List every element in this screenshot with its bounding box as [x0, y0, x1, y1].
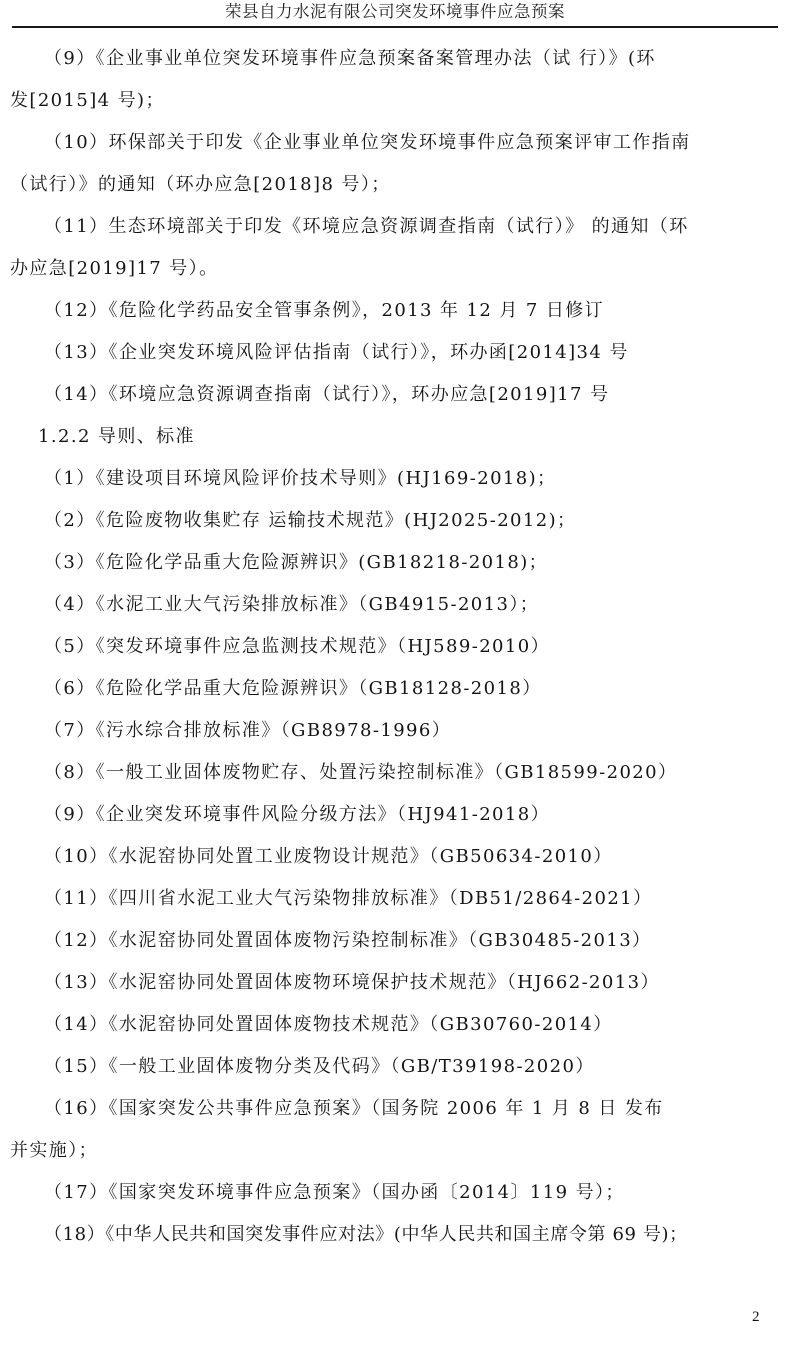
law-item-10-line-1: （10）环保部关于印发《企业事业单位突发环境事件应急预案评审工作指南 [44, 131, 691, 155]
law-item-10-line-2: （试行）》的通知（环办应急[2018]8 号）； [10, 173, 391, 197]
standard-item-4: （4）《水泥工业大气污染排放标准》（GB4915-2013）； [44, 593, 539, 617]
law-item-9-line-2: 发[2015]4 号)； [10, 89, 165, 113]
standard-item-10: （10）《水泥窑协同处置工业废物设计规范》（GB50634-2010） [44, 845, 613, 869]
standard-item-6: （6）《危险化学品重大危险源辨识》（GB18128-2018） [44, 677, 542, 701]
standard-item-16-line-2: 并实施）； [10, 1139, 98, 1163]
standard-item-15: （15）《一般工业固体废物分类及代码》（GB/T39198-2020） [44, 1055, 595, 1079]
law-item-11-line-2: 办应急[2019]17 号）。 [10, 257, 218, 281]
standard-item-9: （9）《企业突发环境事件风险分级方法》（HJ941-2018） [44, 803, 550, 827]
document-title: 荣县自力水泥有限公司突发环境事件应急预案 [225, 2, 565, 21]
standard-item-16-line-1: （16）《国家突发公共事件应急预案》（国务院 2006 年 1 月 8 日 发布 [44, 1097, 664, 1121]
standard-item-14: （14）《水泥窑协同处置固体废物技术规范》（GB30760-2014） [44, 1013, 613, 1037]
law-item-14: （14）《环境应急资源调查指南（试行）》，环办应急[2019]17 号 [44, 383, 609, 407]
standard-item-17: （17）《国家突发环境事件应急预案》（国办函〔2014〕119 号）； [44, 1181, 625, 1205]
law-item-11-line-1: （11）生态环境部关于印发《环境应急资源调查指南（试行）》 的通知（环 [44, 215, 689, 239]
standard-item-1: （1）《建设项目环境风险评价技术导则》(HJ169-2018)； [44, 467, 556, 491]
standard-item-12: （12）《水泥窑协同处置固体废物污染控制标准》（GB30485-2013） [44, 929, 651, 953]
section-heading: 1.2.2 导则、标准 [38, 425, 195, 449]
standard-item-3: （3）《危险化学品重大危险源辨识》(GB18218-2018)； [44, 551, 548, 575]
standard-item-18: （18）《中华人民共和国突发事件应对法》(中华人民共和国主席令第 69 号)； [44, 1223, 688, 1247]
standard-item-7: （7）《污水综合排放标准》（GB8978-1996） [44, 719, 451, 743]
law-item-12: （12）《危险化学药品安全管事条例》，2013 年 12 月 7 日修订 [44, 299, 604, 323]
law-item-13: （13）《企业突发环境风险评估指南（试行）》，环办函[2014]34 号 [44, 341, 629, 365]
law-item-9-line-1: （9）《企业事业单位突发环境事件应急预案备案管理办法（试 行）》(环 [44, 47, 656, 71]
standard-item-13: （13）《水泥窑协同处置固体废物环境保护技术规范》（HJ662-2013） [44, 971, 660, 995]
standard-item-2: （2）《危险废物收集贮存 运输技术规范》(HJ2025-2012)； [44, 509, 576, 533]
running-header: 荣县自力水泥有限公司突发环境事件应急预案 [12, 0, 778, 28]
standard-item-11: （11）《四川省水泥工业大气污染物排放标准》（DB51/2864-2021） [44, 887, 652, 911]
standard-item-8: （8）《一般工业固体废物贮存、处置污染控制标准》（GB18599-2020） [44, 761, 677, 785]
page-number: 2 [752, 1307, 760, 1327]
standard-item-5: （5）《突发环境事件应急监测技术规范》（HJ589-2010） [44, 635, 550, 659]
